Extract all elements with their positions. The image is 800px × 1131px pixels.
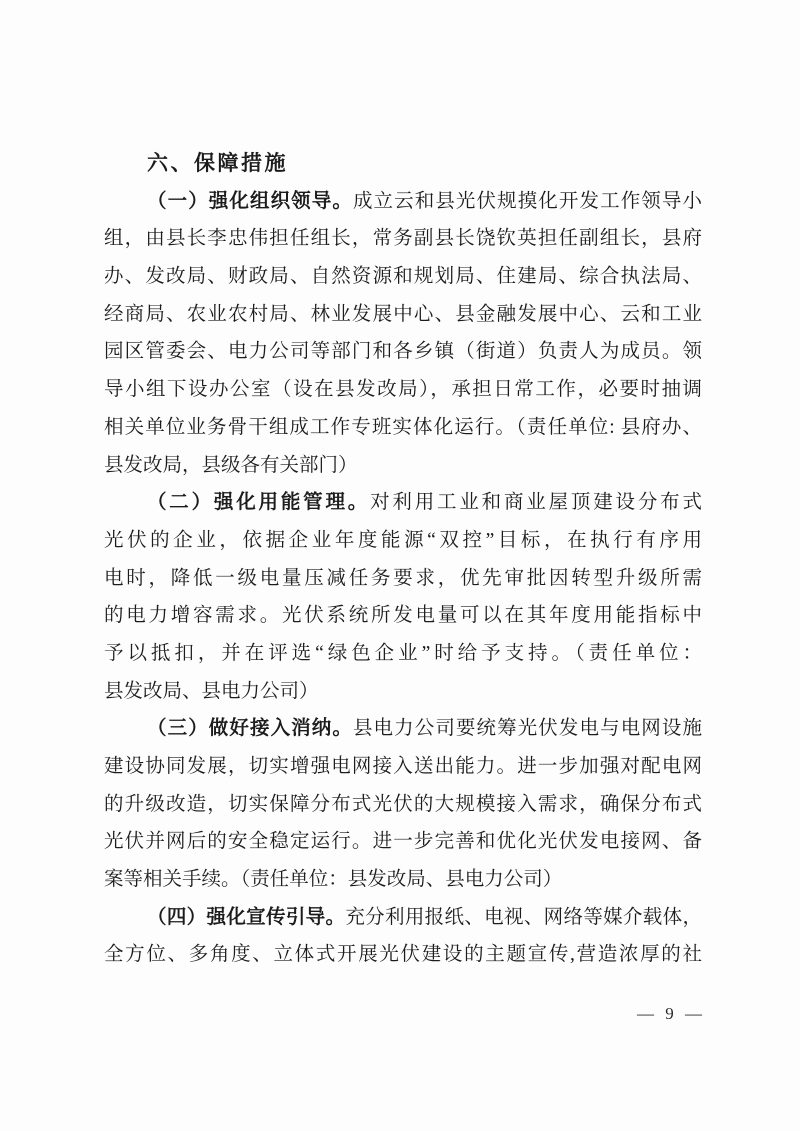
paragraph-lead: （二）强化用能管理。: [147, 492, 370, 513]
paragraph-line: （四）强化宣传引导。充分利用报纸、电视、网络等媒介载体，: [104, 899, 702, 937]
paragraph-line: 电时，降低一级电量压减任务要求，优先审批因转型升级所需: [104, 560, 702, 598]
paragraph-line: （一）强化组织领导。成立云和县光伏规摸化开发工作领导小: [104, 183, 702, 221]
paragraph-line: 县发改局、县电力公司）: [104, 673, 702, 711]
paragraph-line: 相关单位业务骨干组成工作专班实体化运行。（责任单位: 县府办、: [104, 409, 702, 447]
paragraph-text: 对利用工业和商业屋顶建设分布式: [370, 492, 702, 513]
paragraph-line: 园区管委会、电力公司等部门和各乡镇（街道）负责人为成员。领: [104, 333, 702, 371]
paragraph-line: 县发改局，县级各有关部门）: [104, 447, 702, 485]
paragraph-line: 的电力增容需求。光伏系统所发电量可以在其年度用能指标中: [104, 597, 702, 635]
paragraph-text: 充分利用报纸、电视、网络等媒介载体，: [345, 907, 702, 928]
paragraph-line: 案等相关手续。（责任单位：县发改局、县电力公司）: [104, 861, 702, 899]
section-heading: 六、保障措施: [104, 145, 702, 183]
paragraph-line: 予以抵扣，并在评选“绿色企业”时给予支持。（责任单位：: [104, 635, 702, 673]
paragraph-text: 县电力公司要统筹光伏发电与电网设施: [353, 718, 702, 739]
paragraph-line: 的升级改造，切实保障分布式光伏的大规模接入需求，确保分布式: [104, 786, 702, 824]
paragraph-line: 导小组下设办公室（设在县发改局），承担日常工作，必要时抽调: [104, 371, 702, 409]
paragraph-lead: （四）强化宣传引导。: [147, 907, 345, 928]
paragraph-line: 光伏并网后的安全稳定运行。进一步完善和优化光伏发电接网、备: [104, 823, 702, 861]
paragraph-line: （三）做好接入消纳。县电力公司要统筹光伏发电与电网设施: [104, 710, 702, 748]
paragraph: （二）强化用能管理。对利用工业和商业屋顶建设分布式光伏的企业，依据企业年度能源“…: [104, 484, 702, 710]
paragraph-lead: （三）做好接入消纳。: [147, 718, 353, 739]
paragraph-line: （二）强化用能管理。对利用工业和商业屋顶建设分布式: [104, 484, 702, 522]
paragraph-line: 建设协同发展，切实增强电网接入送出能力。进一步加强对配电网: [104, 748, 702, 786]
paragraph: （四）强化宣传引导。充分利用报纸、电视、网络等媒介载体，全方位、多角度、立体式开…: [104, 899, 702, 974]
paragraph: （三）做好接入消纳。县电力公司要统筹光伏发电与电网设施建设协同发展，切实增强电网…: [104, 710, 702, 898]
paragraph-line: 全方位、多角度、立体式开展光伏建设的主题宣传,营造浓厚的社: [104, 936, 702, 974]
document-page: 六、保障措施 （一）强化组织领导。成立云和县光伏规摸化开发工作领导小组，由县长李…: [0, 0, 800, 1131]
paragraph-line: 组，由县长李忠伟担任组长，常务副县长饶钦英担任副组长，县府: [104, 220, 702, 258]
paragraph-text: 成立云和县光伏规摸化开发工作领导小: [353, 191, 702, 212]
document-text-block: 六、保障措施 （一）强化组织领导。成立云和县光伏规摸化开发工作领导小组，由县长李…: [104, 145, 702, 974]
paragraph-line: 光伏的企业，依据企业年度能源“双控”目标，在执行有序用: [104, 522, 702, 560]
paragraph-lead: （一）强化组织领导。: [147, 191, 353, 212]
paragraph-line: 经商局、农业农村局、林业发展中心、县金融发展中心、云和工业: [104, 296, 702, 334]
document-body: （一）强化组织领导。成立云和县光伏规摸化开发工作领导小组，由县长李忠伟担任组长，…: [104, 183, 702, 974]
paragraph: （一）强化组织领导。成立云和县光伏规摸化开发工作领导小组，由县长李忠伟担任组长，…: [104, 183, 702, 485]
paragraph-line: 办、发改局、财政局、自然资源和规划局、住建局、综合执法局、: [104, 258, 702, 296]
page-number: — 9 —: [637, 1001, 702, 1027]
